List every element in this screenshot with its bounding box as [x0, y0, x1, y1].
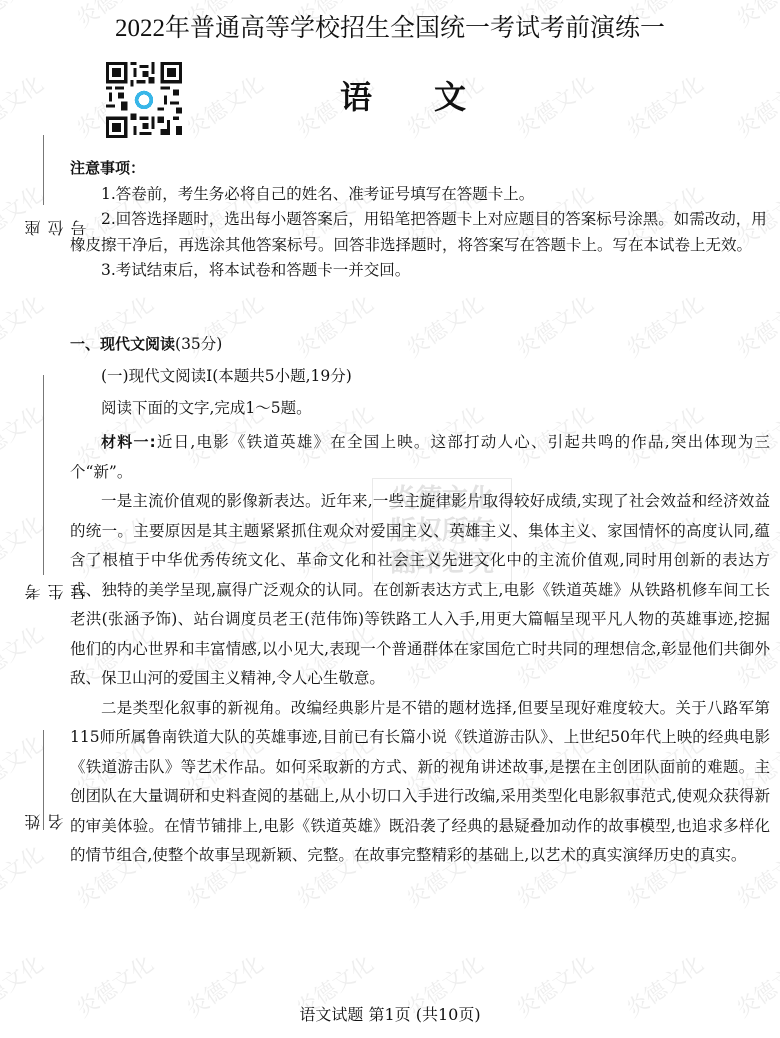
subsection-heading: (一)现代文阅读Ⅰ(本题共5小题,19分)	[70, 364, 770, 386]
material-paragraph: 材料一:近日,电影《铁道英雄》在全国上映。这部打动人心、引起共鸣的作品,突出体现…	[70, 428, 770, 487]
material-paragraph: 二是类型化叙事的新视角。改编经典影片是不错的题材选择,但要呈现好难度较大。关于八…	[70, 694, 770, 871]
watermark-text: 炎德文化	[619, 68, 709, 144]
notice-item: 2.回答选择题时，选出每小题答案后，用铅笔把答题卡上对应题目的答案标号涂黑。如需…	[70, 207, 770, 258]
notice-section: 注意事项： 1.答卷前，考生务必将自己的姓名、准考证号填写在答题卡上。 2.回答…	[70, 156, 770, 284]
watermark-text: 炎德文化	[0, 398, 49, 474]
binding-line	[43, 135, 44, 205]
notice-item: 3.考试结束后，将本试卷和答题卡一并交回。	[70, 258, 770, 284]
watermark-text: 炎德文化	[179, 68, 269, 144]
paragraph-text: 近日,电影《铁道英雄》在全国上映。这部打动人心、引起共鸣的作品,突出体现为三个“…	[70, 433, 770, 481]
qr-code-icon	[106, 62, 182, 138]
watermark-text: 炎德文化	[0, 288, 49, 364]
section-score: (35分)	[175, 335, 222, 353]
binding-line	[43, 375, 44, 575]
exam-title: 2022年普通高等学校招生全国统一考试考前演练一	[0, 8, 780, 44]
name-label: 姓名	[22, 812, 68, 830]
instruction: 阅读下面的文字,完成1～5题。	[70, 396, 770, 418]
notice-heading: 注意事项：	[70, 156, 770, 182]
watermark-text: 炎德文化	[0, 508, 49, 584]
section-heading: 一、现代文阅读	[70, 335, 175, 353]
watermark-text: 炎德文化	[0, 728, 49, 804]
material-label: 材料一:	[101, 433, 156, 451]
subject-char: 文	[434, 72, 466, 118]
watermark-text: 炎德文化	[509, 68, 599, 144]
subject-char: 语	[340, 72, 372, 118]
page-footer: 语文试题 第1页 (共10页)	[0, 1002, 780, 1025]
watermark-text: 炎德文化	[0, 178, 49, 254]
watermark-text: 炎德文化	[729, 68, 780, 144]
watermark-text: 炎德文化	[0, 68, 49, 144]
material-paragraph: 一是主流价值观的影像新表达。近年来,一些主旋律影片取得较好成绩,实现了社会效益和…	[70, 487, 770, 694]
section-header: 一、现代文阅读(35分) (一)现代文阅读Ⅰ(本题共5小题,19分) 阅读下面的…	[70, 332, 770, 418]
reading-material: 材料一:近日,电影《铁道英雄》在全国上映。这部打动人心、引起共鸣的作品,突出体现…	[70, 428, 770, 871]
subject-title: 语文	[340, 72, 466, 118]
watermark-text: 炎德文化	[0, 838, 49, 914]
notice-item: 1.答卷前，考生务必将自己的姓名、准考证号填写在答题卡上。	[70, 182, 770, 208]
watermark-text: 炎德文化	[0, 618, 49, 694]
